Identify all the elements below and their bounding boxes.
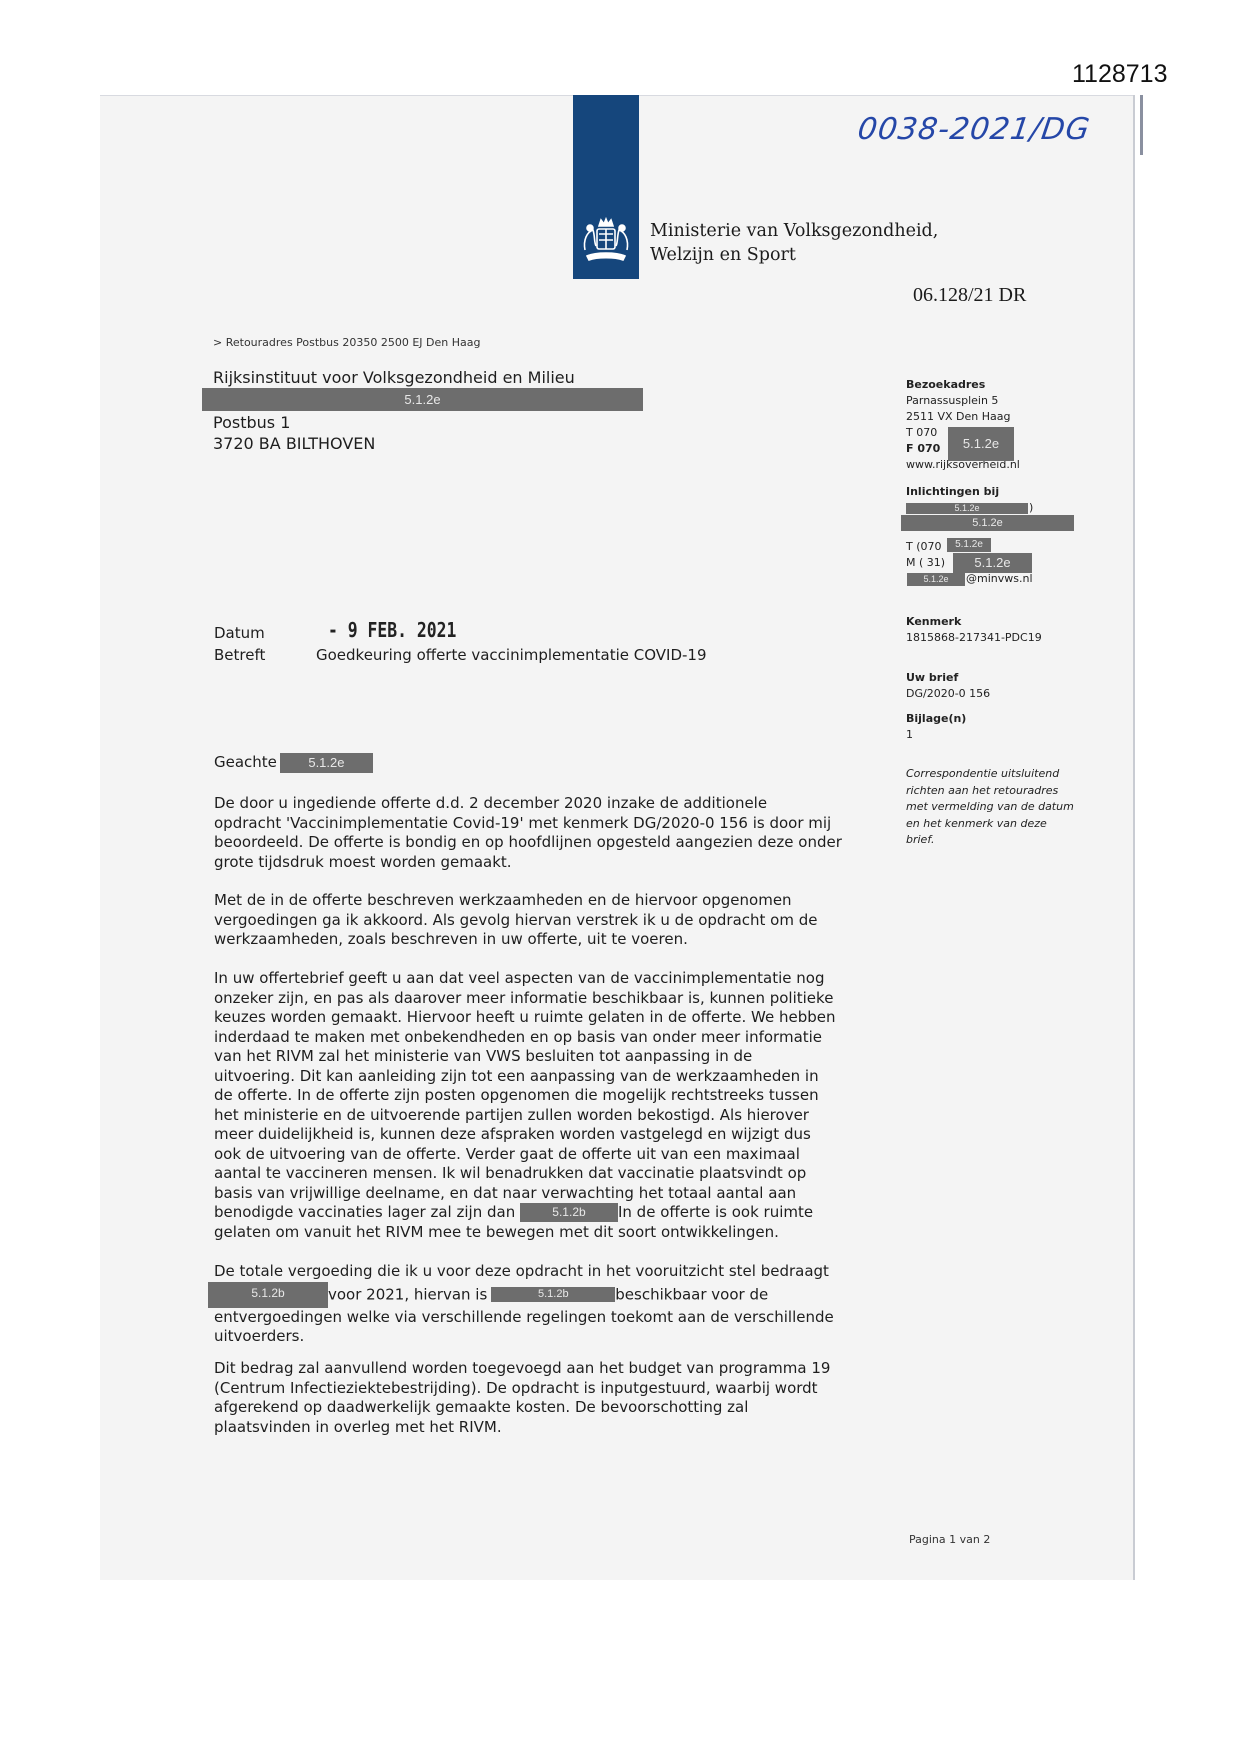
bijlage-block: Bijlage(n) 1 [906, 711, 966, 743]
addressee-city: 3720 BA BILTHOVEN [213, 433, 375, 454]
redaction-block: 5.1.2e [947, 538, 991, 552]
addressee-postbus: Postbus 1 [213, 412, 375, 433]
redaction-block: 5.1.2e [906, 503, 1028, 514]
redaction-block: 5.1.2e [948, 427, 1014, 461]
subject-value: Goedkeuring offerte vaccinimplementatie … [316, 646, 707, 664]
paragraph-4-mid: voor 2021, hiervan is [328, 1285, 487, 1303]
date-label: Datum [214, 622, 316, 644]
kenmerk-label: Kenmerk [906, 615, 961, 628]
stamp-reference: 06.128/21 DR [913, 284, 1026, 307]
body-paragraph-5: Dit bedrag zal aanvullend worden toegevo… [214, 1359, 914, 1437]
document-id: 1128713 [1072, 60, 1167, 89]
redaction-block: 5.1.2e [280, 753, 373, 773]
info-label: Inlichtingen bij [906, 485, 999, 498]
addressee-address: Postbus 1 3720 BA BILTHOVEN [213, 412, 375, 454]
body-paragraph-4: De totale vergoeding die ik u voor deze … [214, 1262, 914, 1347]
sheet-edge [1140, 95, 1143, 155]
correspondence-note: Correspondentie uitsluitend richten aan … [906, 766, 1078, 849]
info-phones: T (070 M ( 31) [906, 539, 945, 571]
redaction-block: 5.1.2e [901, 515, 1074, 531]
ministry-name-line2: Welzijn en Sport [650, 243, 938, 267]
redaction-block: 5.1.2e [202, 388, 643, 411]
info-phone-prefix: T (070 [906, 539, 945, 555]
letter-meta: Datum BetreftGoedkeuring offerte vaccini… [214, 622, 707, 666]
kenmerk-block: Kenmerk 1815868-217341-PDC19 [906, 614, 1042, 646]
body-paragraph-2: Met de in de offerte beschreven werkzaam… [214, 891, 914, 950]
greeting: Geachte5.1.2e [214, 752, 373, 773]
handwritten-reference: 0038-2021/DG [856, 112, 1093, 147]
visit-street: Parnassusplein 5 [906, 393, 1020, 409]
date-stamp: - 9 FEB. 2021 [328, 618, 456, 642]
info-label-wrap: Inlichtingen bij [906, 484, 999, 500]
paragraph-4-rest: entvergoedingen welke via verschillende … [214, 1308, 834, 1346]
redaction-block: 5.1.2b [491, 1287, 615, 1302]
addressee-organisation: Rijksinstituut voor Volksgezondheid en M… [213, 367, 575, 388]
ministry-name-line1: Ministerie van Volksgezondheid, [650, 219, 938, 243]
info-mobile-prefix: M ( 31) [906, 555, 945, 571]
greeting-text: Geachte [214, 753, 277, 771]
uwbrief-label: Uw brief [906, 671, 958, 684]
visit-label: Bezoekadres [906, 378, 985, 391]
uwbrief-value: DG/2020-0 156 [906, 686, 990, 702]
bijlage-value: 1 [906, 727, 966, 743]
paragraph-3-text: In uw offertebrief geeft u aan dat veel … [214, 969, 836, 1221]
dutch-coat-of-arms-icon [577, 212, 635, 270]
body-paragraph-3: In uw offertebrief geeft u aan dat veel … [214, 969, 914, 1242]
info-email-suffix: @minvws.nl [966, 571, 1033, 587]
redaction-block: 5.1.2e [907, 573, 965, 586]
paragraph-4-after: beschikbaar voor de [615, 1285, 768, 1303]
bijlage-label: Bijlage(n) [906, 712, 966, 725]
redaction-block: 5.1.2e [953, 553, 1032, 573]
return-address: > Retouradres Postbus 20350 2500 EJ Den … [213, 336, 480, 349]
ministry-name: Ministerie van Volksgezondheid, Welzijn … [650, 219, 938, 267]
uwbrief-block: Uw brief DG/2020-0 156 [906, 670, 990, 702]
kenmerk-value: 1815868-217341-PDC19 [906, 630, 1042, 646]
redaction-block: 5.1.2b [208, 1282, 328, 1308]
redaction-block: 5.1.2b [520, 1203, 618, 1222]
visit-city: 2511 VX Den Haag [906, 409, 1020, 425]
page-number: Pagina 1 van 2 [909, 1533, 990, 1546]
info-redaction-suffix: ) [1029, 500, 1033, 516]
paragraph-4-line1: De totale vergoeding die ik u voor deze … [214, 1262, 829, 1280]
body-paragraph-1: De door u ingediende offerte d.d. 2 dece… [214, 794, 914, 872]
subject-label: Betreft [214, 644, 316, 666]
